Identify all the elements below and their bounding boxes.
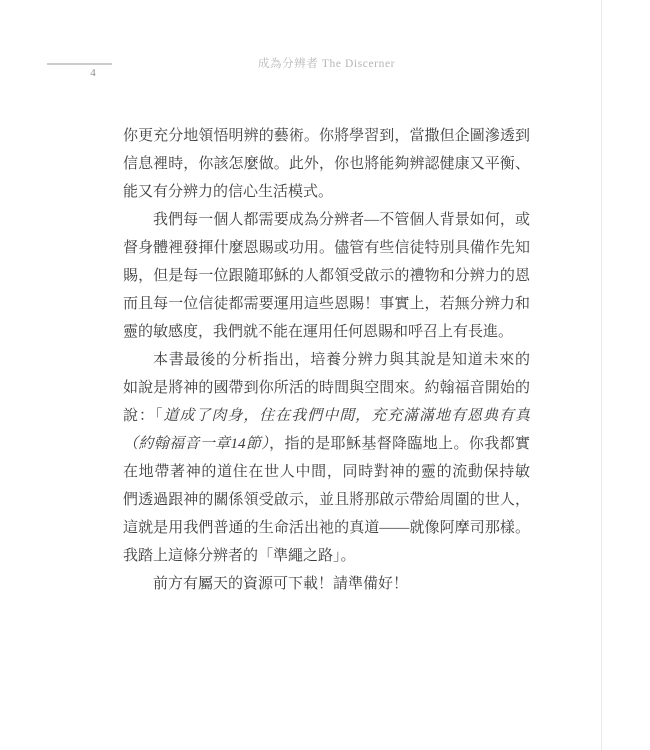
quote-text-segment: 道成了肉身，住在我們中間，充充滿滿地有恩典有真理 — [123, 408, 530, 430]
text-line: 督身體裡發揮什麼恩賜或功用。儘管有些信徒特別具備作先知的恩 — [123, 234, 530, 262]
text-line: 我踏上這條分辨者的「準繩之路」。 — [123, 542, 530, 570]
text-segment: 前方有屬天的資源可下載！請準備好！ — [153, 576, 408, 592]
text-segment: 這就是用我們普通的生命活出祂的真道——就像阿摩司那樣。請與 — [123, 520, 530, 542]
text-segment: 而且每一位信徒都需要運用這些恩賜！事實上，若無分辨力和對聖 — [123, 296, 530, 318]
text-line: 靈的敏感度，我們就不能在運用任何恩賜和呼召上有長進。 — [123, 318, 530, 346]
text-line: 們透過跟神的關係領受啟示，並且將那啟示帶給周圍的世人，其實 — [123, 486, 530, 514]
text-segment: 你更充分地領悟明辨的藝術。你將學習到，當撒但企圖滲透到神的 — [123, 128, 530, 150]
text-line: 能又有分辨力的信心生活模式。 — [123, 178, 530, 206]
text-line: 在地帶著神的道住在世人中間，同時對神的靈的流動保持敏銳。我 — [123, 458, 530, 486]
text-segment: 信息裡時，你該怎麼做。此外，你也將能夠辨認健康又平衡、有動 — [123, 156, 530, 178]
text-segment: 們透過跟神的關係領受啟示，並且將那啟示帶給周圍的世人，其實 — [123, 492, 530, 514]
running-title: 成為分辨者 The Discerner — [123, 55, 530, 71]
paragraph: 我們每一個人都需要成為分辨者—不管個人背景如何，或在基督身體裡發揮什麼恩賜或功用… — [123, 206, 530, 346]
paragraph: 前方有屬天的資源可下載！請準備好！ — [123, 570, 530, 598]
text-segment: 我踏上這條分辨者的「準繩之路」。 — [123, 548, 356, 564]
text-line: 前方有屬天的資源可下載！請準備好！ — [123, 570, 530, 598]
text-line: 信息裡時，你該怎麼做。此外，你也將能夠辨認健康又平衡、有動 — [123, 150, 530, 178]
text-segment: 靈的敏感度，我們就不能在運用任何恩賜和呼召上有長進。 — [123, 324, 513, 340]
text-line: （約翰福音一章14節），指的是耶穌基督降臨地上。你我都實實在 — [123, 430, 530, 458]
quote-text-segment: （約翰福音一章14節） — [123, 436, 269, 452]
paragraph: 你更充分地領悟明辨的藝術。你將學習到，當撒但企圖滲透到神的信息裡時，你該怎麼做。… — [123, 122, 530, 206]
page-edge-divider — [601, 0, 602, 750]
text-segment: 督身體裡發揮什麼恩賜或功用。儘管有些信徒特別具備作先知的恩 — [123, 240, 530, 262]
text-segment: 賜，但是每一位跟隨耶穌的人都領受啟示的禮物和分辨力的恩賜， — [123, 268, 530, 290]
text-line: 賜，但是每一位跟隨耶穌的人都領受啟示的禮物和分辨力的恩賜， — [123, 262, 530, 290]
book-page: { "header": { "page_number": "4", "runni… — [0, 0, 650, 750]
text-line: 這就是用我們普通的生命活出祂的真道——就像阿摩司那樣。請與 — [123, 514, 530, 542]
page-number: 4 — [78, 67, 108, 79]
text-segment: 本書最後的分析指出，培養分辨力與其說是知道未來的事，不 — [123, 352, 530, 374]
text-line: 你更充分地領悟明辨的藝術。你將學習到，當撒但企圖滲透到神的 — [123, 122, 530, 150]
text-segment: 說：「 — [123, 408, 163, 424]
text-segment: 在地帶著神的道住在世人中間，同時對神的靈的流動保持敏銳。我 — [123, 464, 530, 486]
text-line: 說：「道成了肉身，住在我們中間，充充滿滿地有恩典有真理」 — [123, 402, 530, 430]
text-line: 而且每一位信徒都需要運用這些恩賜！事實上，若無分辨力和對聖 — [123, 290, 530, 318]
body-text: 你更充分地領悟明辨的藝術。你將學習到，當撒但企圖滲透到神的信息裡時，你該怎麼做。… — [123, 122, 530, 598]
text-line: 我們每一個人都需要成為分辨者—不管個人背景如何，或在基 — [123, 206, 530, 234]
header-rule — [47, 63, 112, 65]
text-line: 如說是將神的國帶到你所活的時間與空間來。約翰福音開始的地方 — [123, 374, 530, 402]
text-line: 本書最後的分析指出，培養分辨力與其說是知道未來的事，不 — [123, 346, 530, 374]
text-segment: 能又有分辨力的信心生活模式。 — [123, 184, 333, 200]
paragraph: 本書最後的分析指出，培養分辨力與其說是知道未來的事，不如說是將神的國帶到你所活的… — [123, 346, 530, 570]
text-segment: 我們每一個人都需要成為分辨者—不管個人背景如何，或在基 — [123, 212, 530, 234]
text-segment: 如說是將神的國帶到你所活的時間與空間來。約翰福音開始的地方 — [123, 380, 530, 402]
